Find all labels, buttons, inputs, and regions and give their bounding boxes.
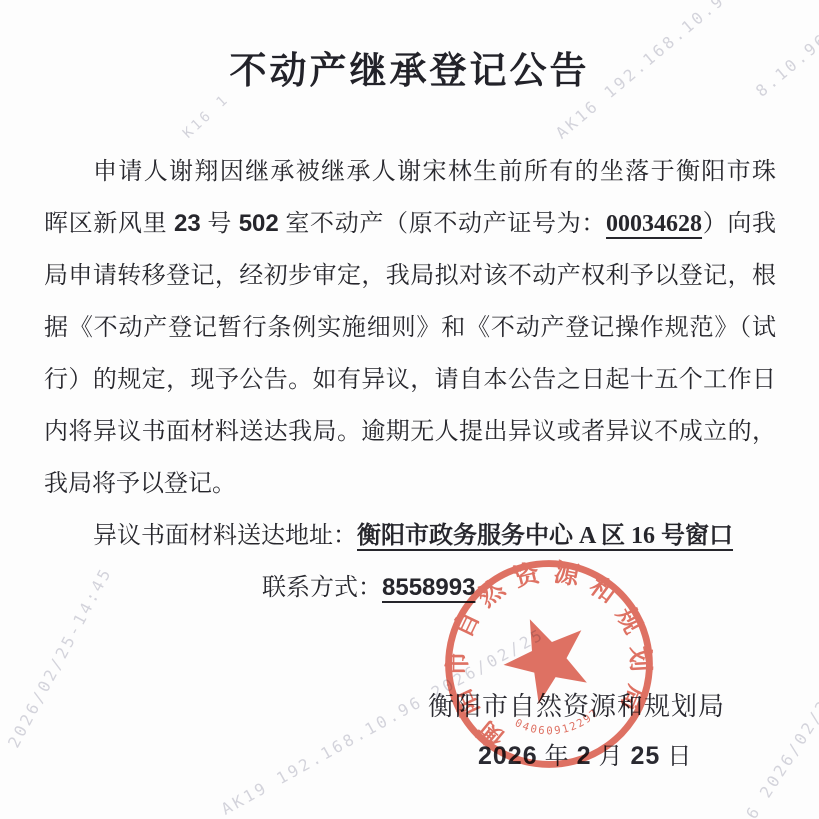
body-line: 局申请转移登记，经初步审定，我局拟对该不动产权利予以登记，根 — [44, 250, 776, 302]
text-segment: 据《不动产登记暂行条例实施细则》和《不动产登记操作规范》（试 — [44, 315, 776, 341]
text-segment: 联系方式： — [262, 575, 382, 601]
text-segment: 号 — [201, 211, 239, 237]
text-segment: 内将异议书面材料送达我局。逾期无人提出异议或者异议不成立的， — [44, 419, 776, 445]
text-segment: 行）的规定，现予公告。如有异议，请自本公告之日起十五个工作日 — [44, 367, 776, 393]
watermark-text: 6 2026/02/25 — [742, 685, 819, 819]
watermark-text: K16 1 — [180, 91, 233, 142]
issuer-signature: 衡阳市自然资源和规划局 — [428, 686, 725, 723]
text-segment: 局申请转移登记，经初步审定，我局拟对该不动产权利予以登记，根 — [44, 263, 776, 289]
document-page: AK16 192.168.10.98.10.96 2026/02/22026/0… — [0, 0, 819, 819]
text-segment: 申请人谢翔因继承被继承人谢宋林生前所有的坐落于衡阳市珠 — [93, 159, 776, 185]
body-line: 行）的规定，现予公告。如有异议，请自本公告之日起十五个工作日 — [44, 354, 776, 406]
text-segment: 年 — [538, 744, 577, 770]
delivery-address-line: 异议书面材料送达地址：衡阳市政务服务中心 A 区 16 号窗口 — [44, 510, 776, 562]
body-line: 我局将予以登记。 — [44, 458, 776, 510]
announcement-body: 申请人谢翔因继承被继承人谢宋林生前所有的坐落于衡阳市珠晖区新风里 23 号 50… — [44, 146, 776, 614]
contact-line: 联系方式：8558993 — [262, 562, 776, 614]
body-line: 据《不动产登记暂行条例实施细则》和《不动产登记操作规范》（试 — [44, 302, 776, 354]
text-segment: 25 — [631, 742, 661, 770]
text-segment: 日 — [660, 744, 692, 770]
text-segment: 23 — [174, 210, 201, 237]
text-segment: 我局将予以登记。 — [44, 471, 236, 497]
body-line: 内将异议书面材料送达我局。逾期无人提出异议或者异议不成立的， — [44, 406, 776, 458]
body-line: 申请人谢翔因继承被继承人谢宋林生前所有的坐落于衡阳市珠 — [44, 146, 776, 198]
body-line: 晖区新风里 23 号 502 室不动产（原不动产证号为：00034628）向我 — [44, 198, 776, 250]
text-segment: 室不动产（原不动产证号为： — [279, 211, 606, 237]
text-segment: 00034628 — [606, 211, 702, 237]
document-title: 不动产继承登记公告 — [0, 40, 819, 94]
text-segment: 2026 — [478, 742, 538, 770]
issue-date: 2026 年 2 月 25 日 — [478, 736, 692, 771]
text-segment: 异议书面材料送达地址： — [93, 523, 357, 549]
body-paragraph: 申请人谢翔因继承被继承人谢宋林生前所有的坐落于衡阳市珠晖区新风里 23 号 50… — [44, 146, 776, 510]
text-segment: 502 — [239, 210, 279, 237]
text-segment: 晖区新风里 — [44, 211, 174, 237]
text-segment: 2 — [577, 742, 592, 770]
text-segment: ）向我 — [702, 211, 776, 237]
text-segment: 衡阳市政务服务中心 A 区 16 号窗口 — [357, 523, 733, 549]
text-segment: 8558993 — [382, 574, 475, 601]
text-segment: 月 — [592, 744, 631, 770]
